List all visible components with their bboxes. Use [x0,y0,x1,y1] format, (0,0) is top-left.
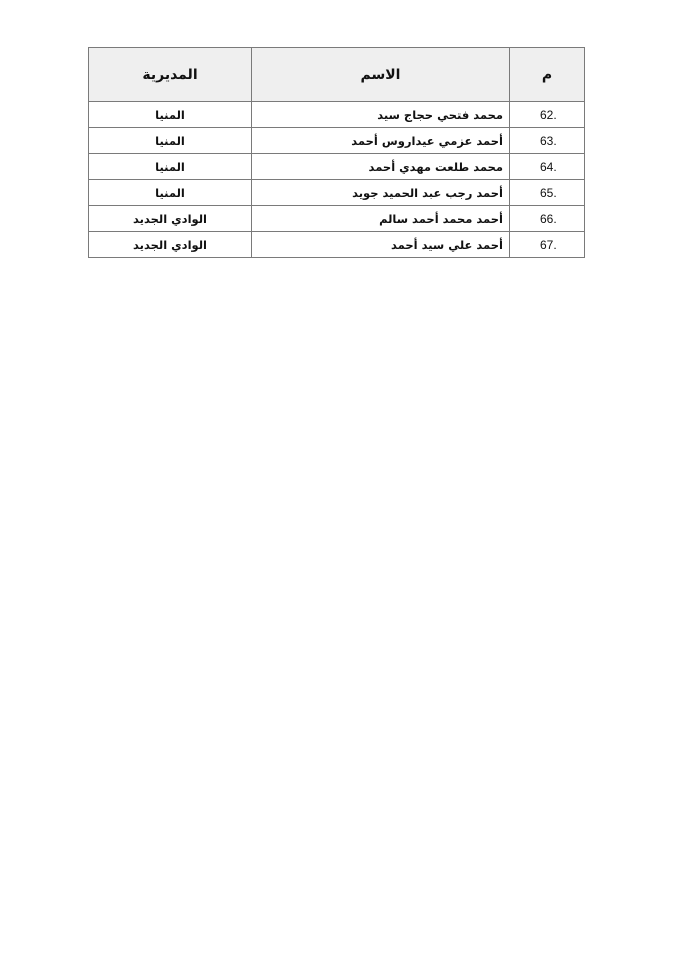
row-number: 64. [510,154,585,180]
row-name: أحمد علي سيد أحمد [252,232,510,258]
table-row: 63. أحمد عزمي عيداروس أحمد المنيا [89,128,585,154]
row-name: أحمد عزمي عيداروس أحمد [252,128,510,154]
row-number: 62. [510,102,585,128]
row-number: 67. [510,232,585,258]
table-row: 66. أحمد محمد أحمد سالم الوادي الجديد [89,206,585,232]
table-row: 64. محمد طلعت مهدي أحمد المنيا [89,154,585,180]
row-name: أحمد محمد أحمد سالم [252,206,510,232]
row-name: محمد طلعت مهدي أحمد [252,154,510,180]
row-name: محمد فتحي حجاج سيد [252,102,510,128]
row-name: أحمد رجب عبد الحميد جويد [252,180,510,206]
header-number: م [510,48,585,102]
row-number: 63. [510,128,585,154]
row-number: 65. [510,180,585,206]
row-number: 66. [510,206,585,232]
table-row: 62. محمد فتحي حجاج سيد المنيا [89,102,585,128]
header-name: الاسم [252,48,510,102]
table-row: 67. أحمد علي سيد أحمد الوادي الجديد [89,232,585,258]
row-directorate: الوادي الجديد [89,232,252,258]
row-directorate: المنيا [89,128,252,154]
row-directorate: المنيا [89,180,252,206]
table-body: 62. محمد فتحي حجاج سيد المنيا 63. أحمد ع… [89,102,585,258]
header-directorate: المديرية [89,48,252,102]
row-directorate: المنيا [89,154,252,180]
table-header: م الاسم المديرية [89,48,585,102]
document-page: م الاسم المديرية 62. محمد فتحي حجاج سيد … [0,0,678,960]
row-directorate: المنيا [89,102,252,128]
row-directorate: الوادي الجديد [89,206,252,232]
table-row: 65. أحمد رجب عبد الحميد جويد المنيا [89,180,585,206]
names-table: م الاسم المديرية 62. محمد فتحي حجاج سيد … [88,47,585,258]
header-row: م الاسم المديرية [89,48,585,102]
